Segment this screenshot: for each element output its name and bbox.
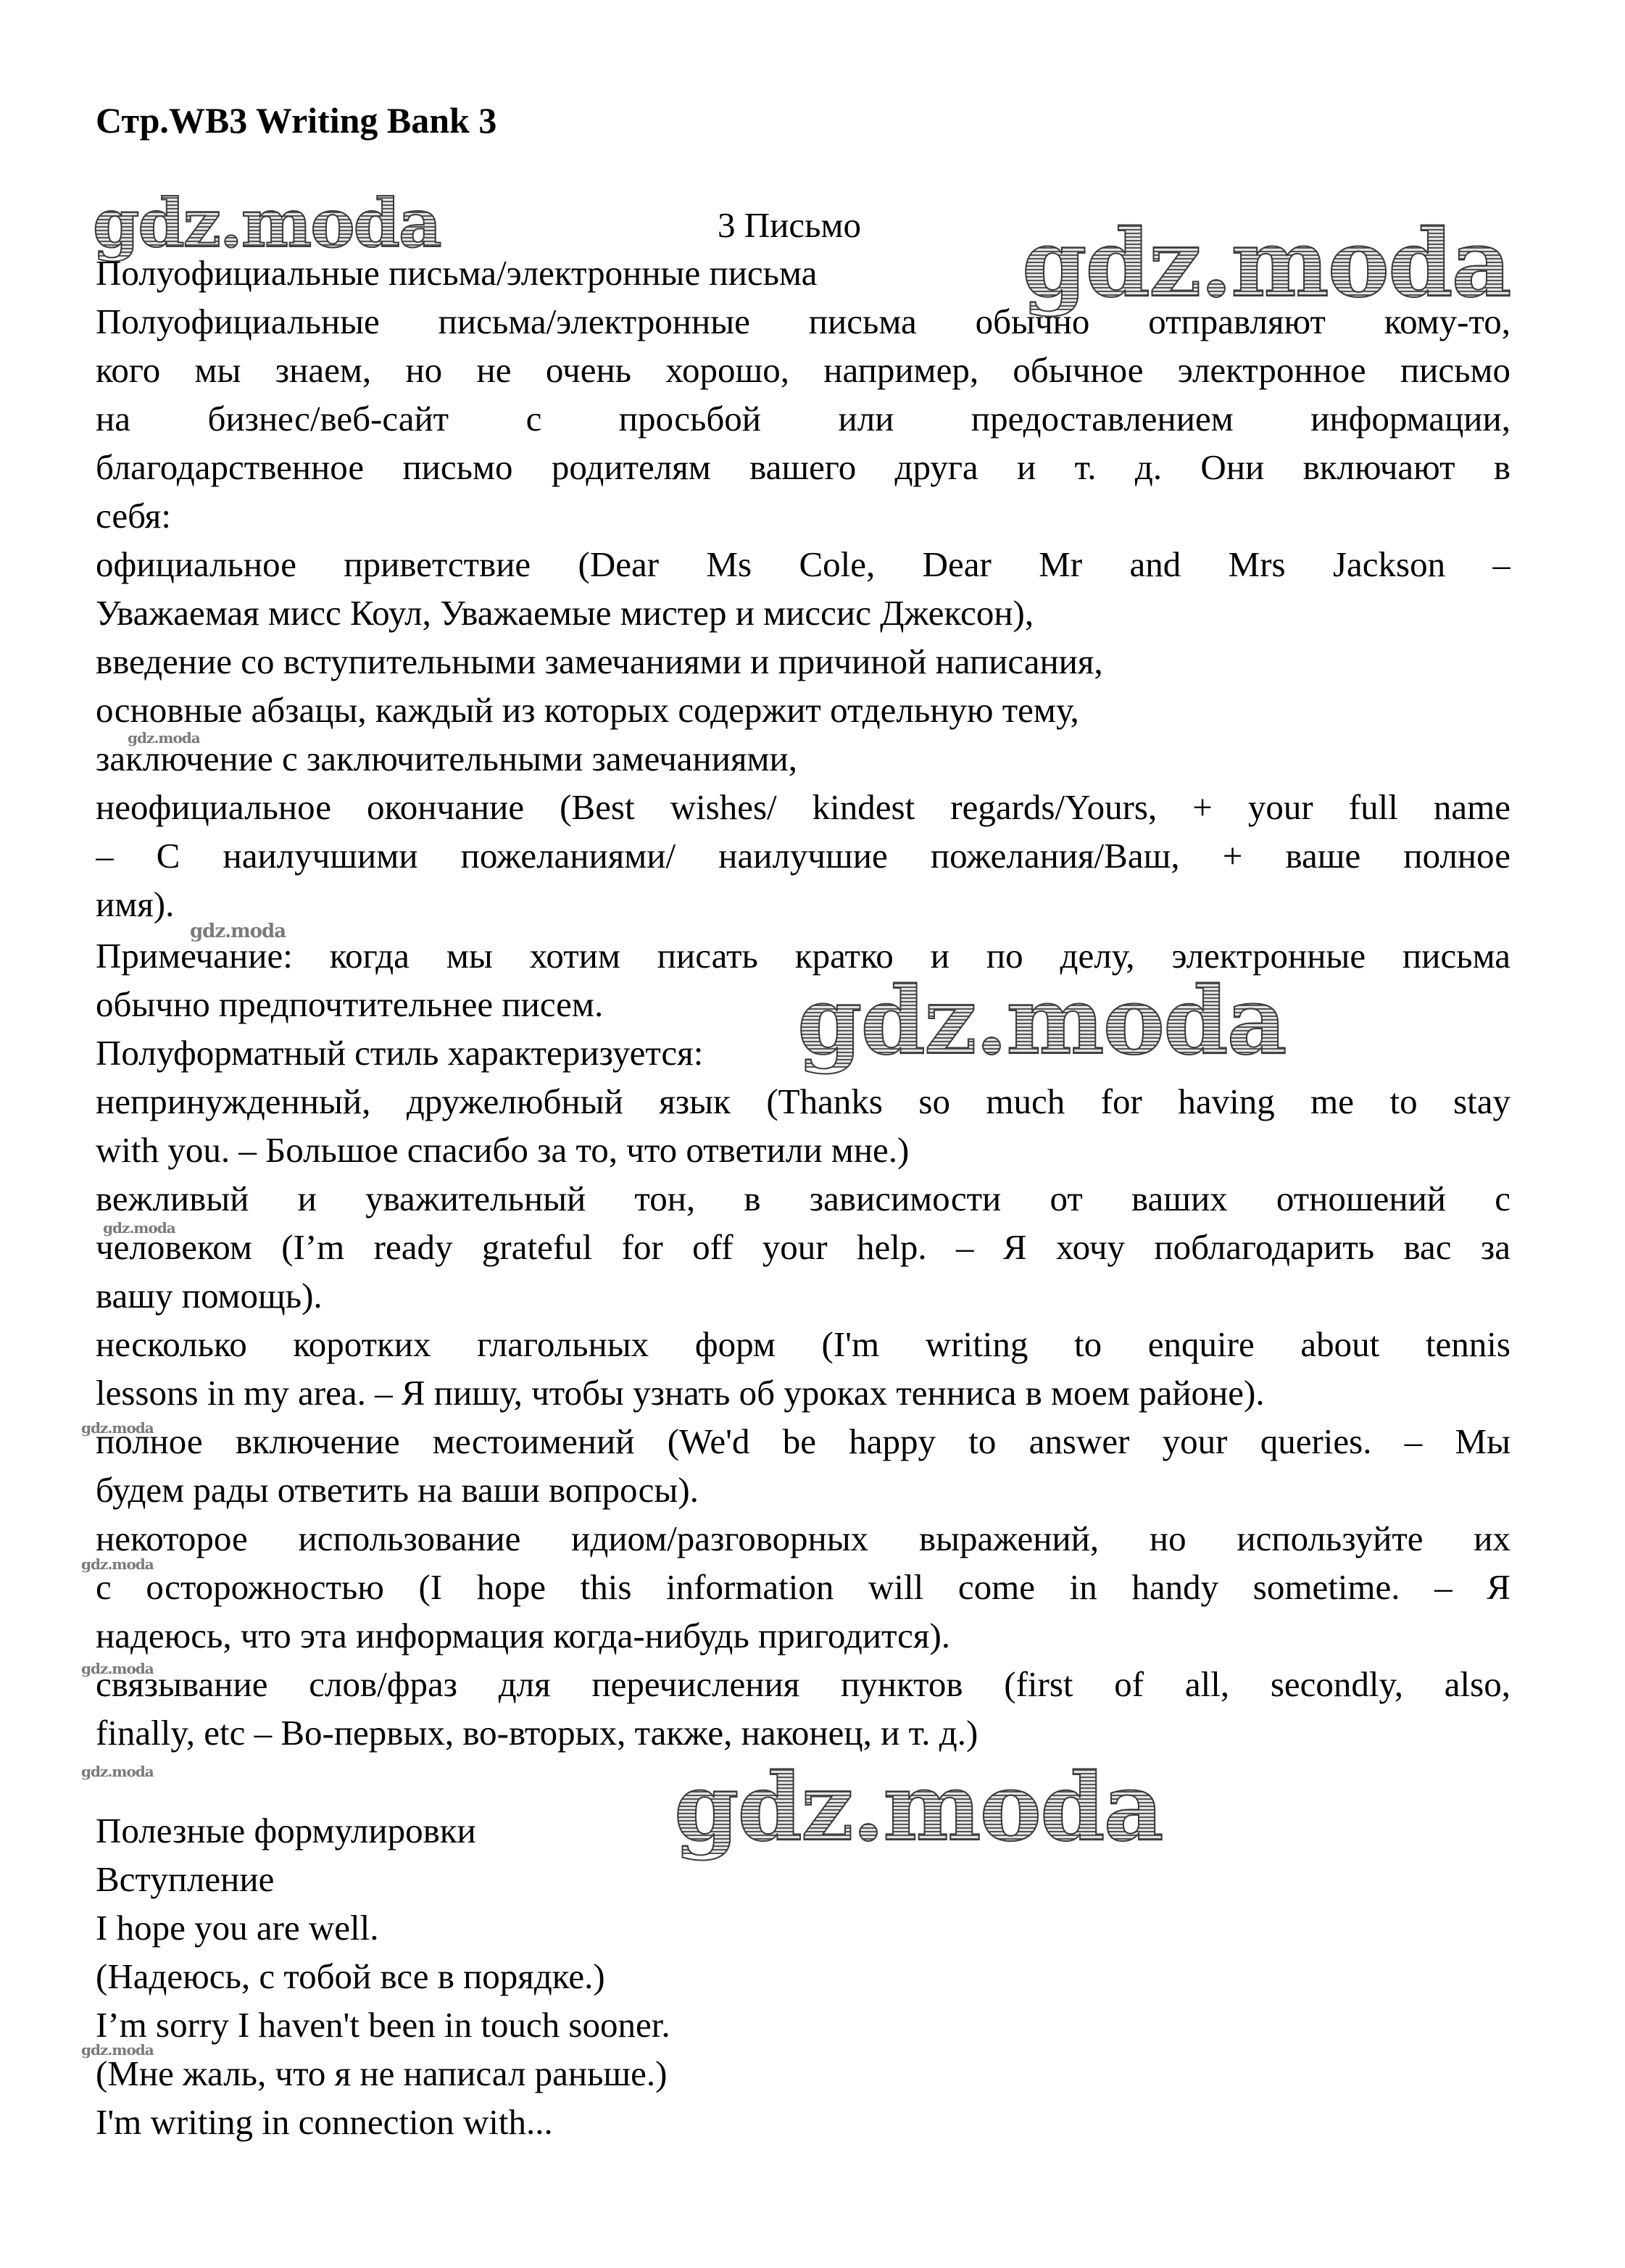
list-item: с осторожностью (I hope this information…	[96, 1566, 1510, 1608]
list-item: некоторое использование идиом/разговорны…	[96, 1518, 1510, 1560]
phrase-line: (Надеюсь, с тобой все в порядке.)	[96, 1956, 1510, 1998]
paragraph-line: благодарственное письмо родителям вашего…	[96, 446, 1510, 489]
list-item: введение со вступительными замечаниями и…	[96, 641, 1510, 683]
list-item: несколько коротких глагольных форм (I'm …	[96, 1324, 1510, 1366]
list-item: будем рады ответить на ваши вопросы).	[96, 1469, 1510, 1511]
list-item: заключение с заключительными замечаниями…	[96, 738, 1510, 780]
note-line: обычно предпочтительнее писем.	[96, 984, 1510, 1026]
list-item: полное включение местоимений (We'd be ha…	[96, 1421, 1510, 1463]
list-item: – С наилучшими пожеланиями/ наилучшие по…	[96, 835, 1510, 877]
paragraph-line: на бизнес/веб-сайт с просьбой или предос…	[96, 398, 1510, 440]
style-heading: Полуформатный стиль характеризуется:	[96, 1032, 1510, 1074]
watermark-logo: gdz.moda	[93, 190, 441, 257]
list-item: связывание слов/фраз для перечисления пу…	[96, 1663, 1510, 1706]
useful-phrases-section: Вступление	[96, 1858, 1510, 1901]
watermark-small: gdz.moda	[81, 1764, 154, 1779]
page-title: Стр.WB3 Writing Bank 3	[96, 99, 496, 142]
list-item: непринужденный, дружелюбный язык (Thanks…	[96, 1081, 1510, 1123]
phrase-line: I’m sorry I haven't been in touch sooner…	[96, 2004, 1510, 2046]
paragraph-line: кого мы знаем, но не очень хорошо, напри…	[96, 349, 1510, 391]
list-item: неофициальное окончание (Best wishes/ ki…	[96, 786, 1510, 828]
section-heading: Полуофициальные письма/электронные письм…	[96, 252, 1510, 294]
list-item: имя).	[96, 884, 1510, 926]
list-item: Уважаемая мисс Коул, Уважаемые мистер и …	[96, 592, 1510, 634]
list-item: человеком (I’m ready grateful for off yo…	[96, 1226, 1510, 1268]
list-item: надеюсь, что эта информация когда-нибудь…	[96, 1615, 1510, 1657]
phrase-line: (Мне жаль, что я не написал раньше.)	[96, 2053, 1510, 2095]
phrase-line: I hope you are well.	[96, 1907, 1510, 1949]
useful-phrases-heading: Полезные формулировки	[96, 1810, 1510, 1852]
note-line: Примечание: когда мы хотим писать кратко…	[96, 935, 1510, 977]
phrase-line: I'm writing in connection with...	[96, 2101, 1510, 2143]
list-item: вашу помощь).	[96, 1275, 1510, 1317]
list-item: finally, etc – Во-первых, во-вторых, так…	[96, 1712, 1510, 1754]
paragraph-line: себя:	[96, 495, 1510, 537]
section-subtitle: 3 Письмо	[718, 204, 861, 246]
paragraph-line: Полуофициальные письма/электронные письм…	[96, 301, 1510, 343]
list-item: lessons in my area. – Я пишу, чтобы узна…	[96, 1372, 1510, 1414]
list-item: основные абзацы, каждый из которых содер…	[96, 689, 1510, 731]
list-item: вежливый и уважительный тон, в зависимос…	[96, 1178, 1510, 1220]
list-item: официальное приветствие (Dear Ms Cole, D…	[96, 544, 1510, 586]
list-item: with you. – Большое спасибо за то, что о…	[96, 1129, 1510, 1171]
